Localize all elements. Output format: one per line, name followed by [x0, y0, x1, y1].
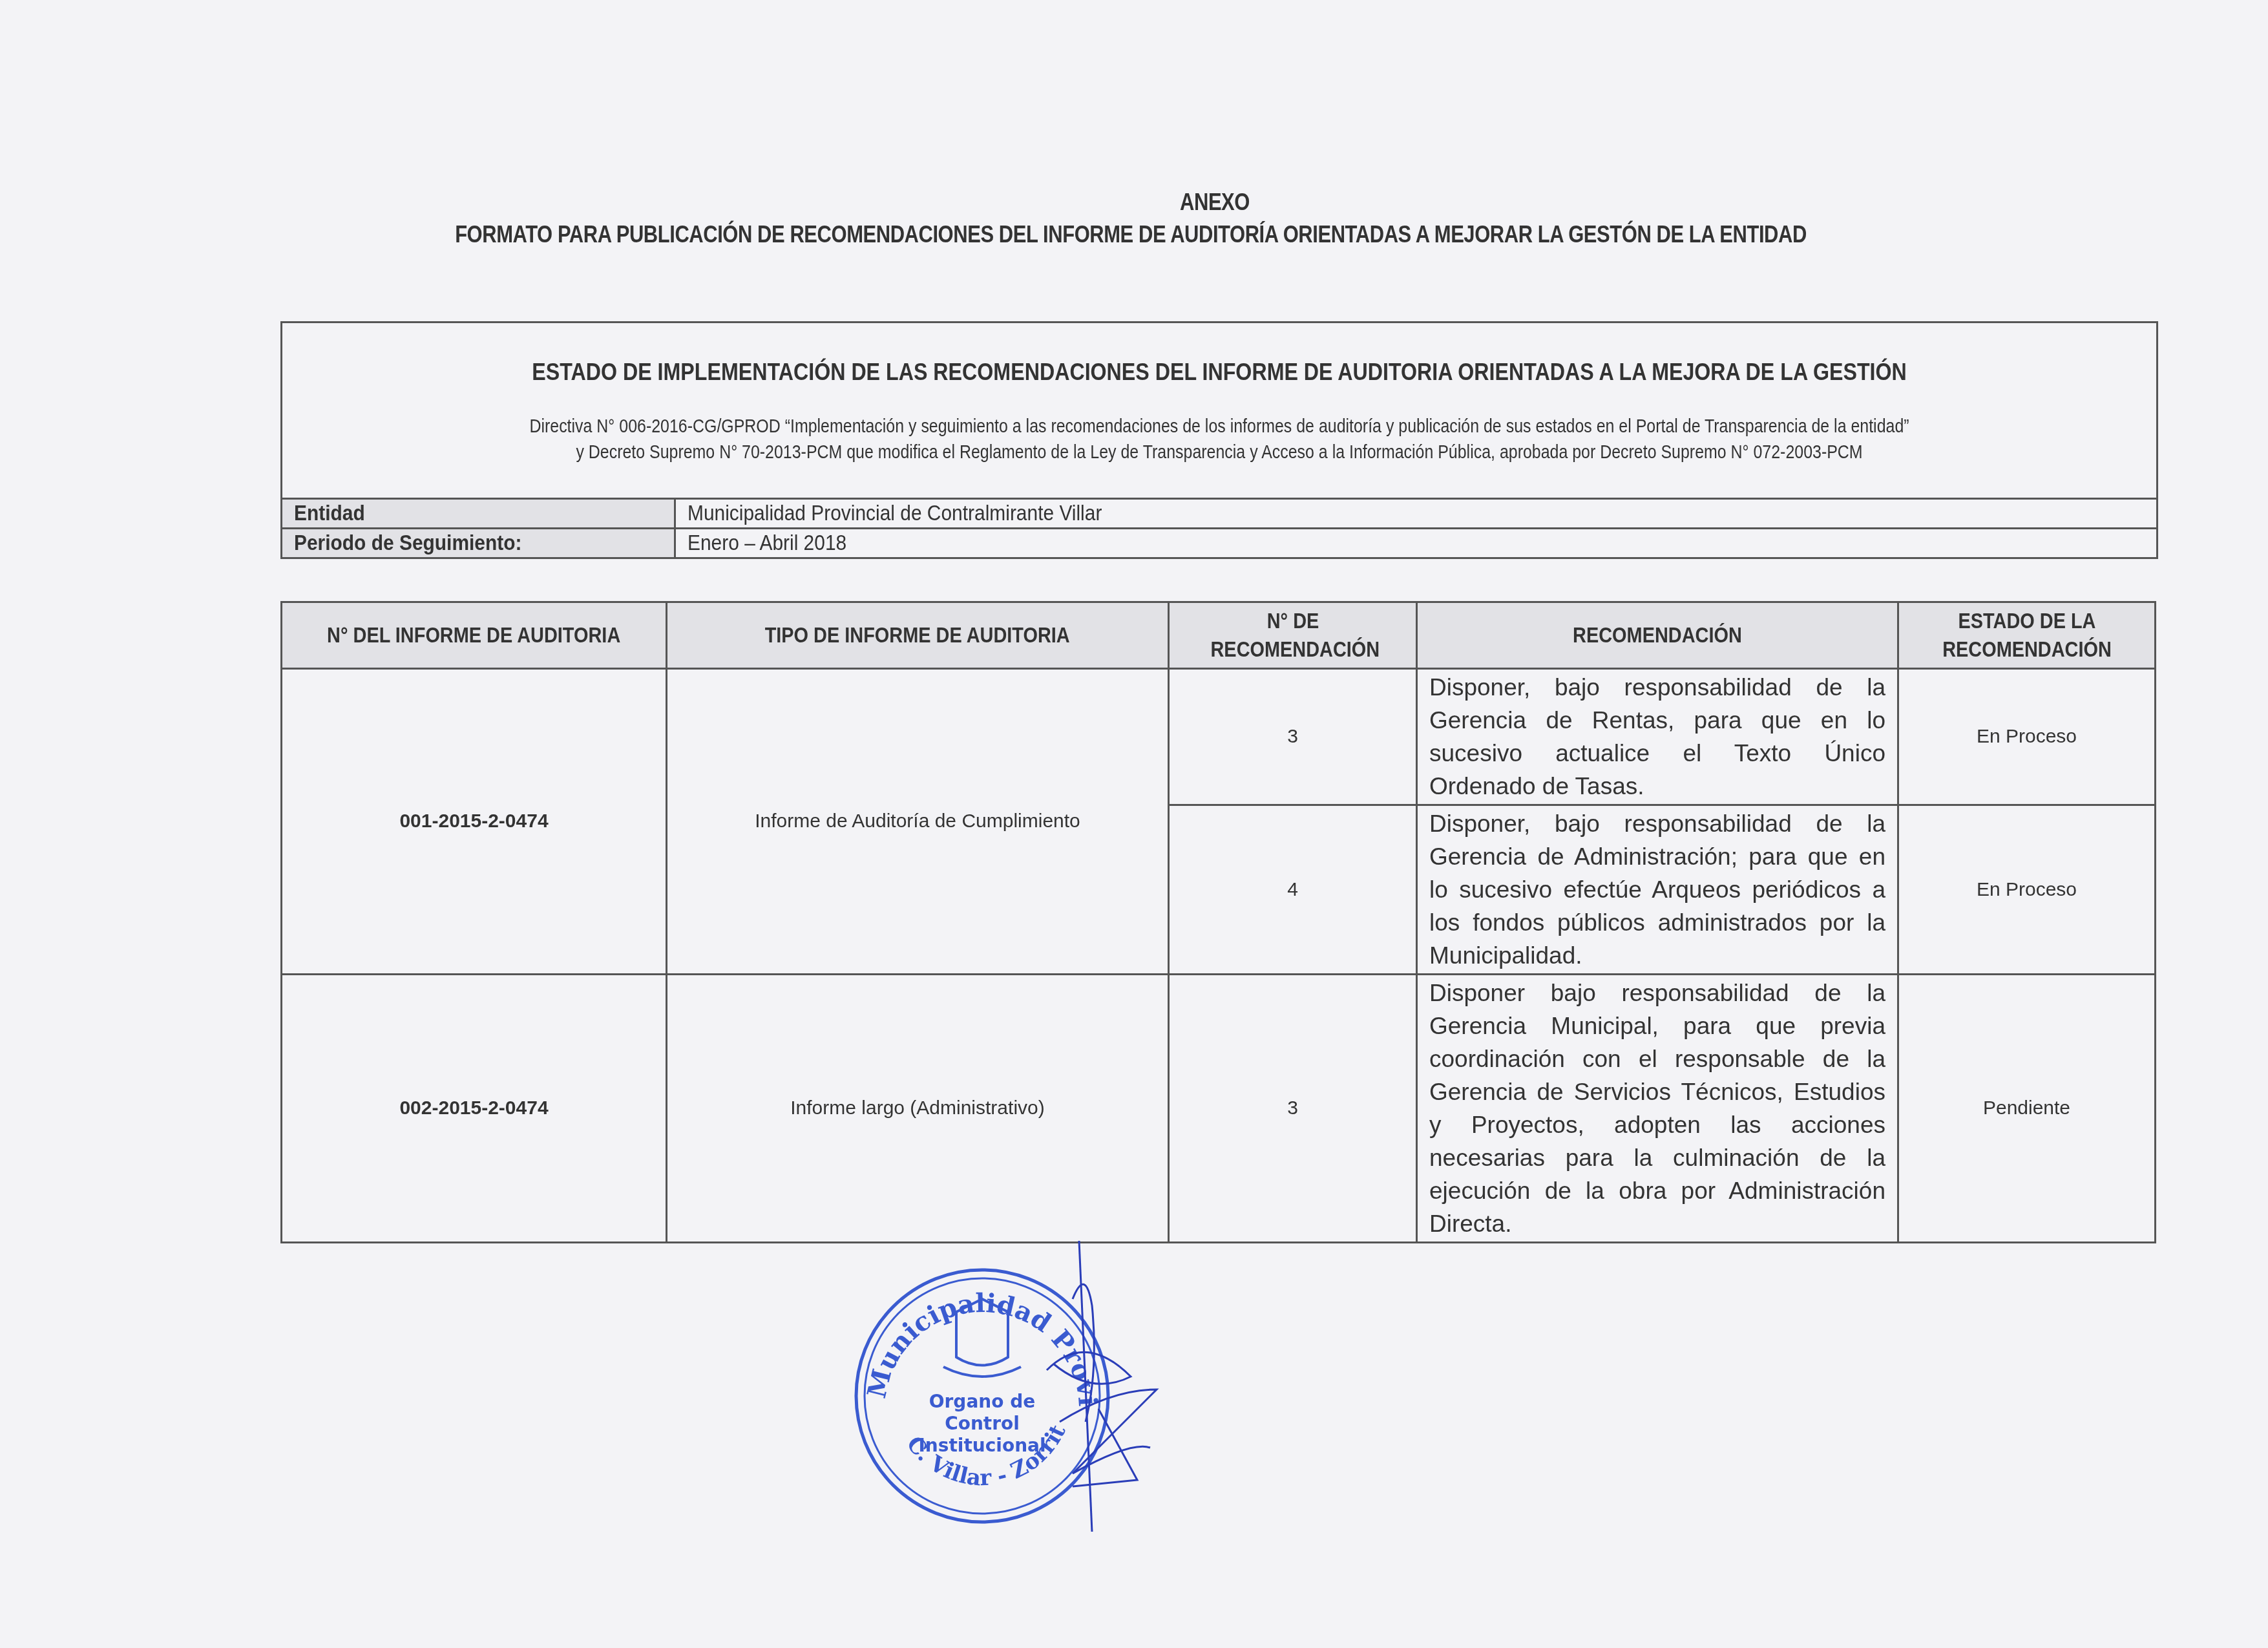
legal-reference: Directiva N° 006-2016-CG/GPROD “Implemen…	[414, 414, 2025, 465]
report-number-cell: 001-2015-2-0474	[282, 669, 667, 975]
document-title: FORMATO PARA PUBLICACIÓN DE RECOMENDACIO…	[269, 221, 1992, 248]
col-header-report-number: N° DEL INFORME DE AUDITORIA	[282, 602, 667, 669]
recommendations-table: N° DEL INFORME DE AUDITORIA TIPO DE INFO…	[280, 601, 2156, 1243]
period-value: Enero – Abril 2018	[675, 529, 2158, 558]
entity-value: Municipalidad Provincial de Contralmiran…	[675, 499, 2158, 529]
col-header-status: ESTADO DE LA RECOMENDACIÓN	[1898, 602, 2156, 669]
status-header-box: ESTADO DE IMPLEMENTACIÓN DE LAS RECOMEND…	[280, 321, 2158, 500]
entity-row: Entidad Municipalidad Provincial de Cont…	[282, 499, 2158, 529]
col-header-recommendation: RECOMENDACIÓN	[1417, 602, 1898, 669]
report-type-cell: Informe de Auditoría de Cumplimiento	[667, 669, 1169, 975]
col-header-report-type: TIPO DE INFORME DE AUDITORIA	[667, 602, 1169, 669]
recommendation-number-cell: 3	[1169, 669, 1417, 805]
status-cell: Pendiente	[1898, 975, 2156, 1243]
signature-icon	[1034, 1228, 1163, 1551]
entity-label: Entidad	[282, 499, 675, 529]
report-number-cell: 002-2015-2-0474	[282, 975, 667, 1243]
entity-info-table: Entidad Municipalidad Provincial de Cont…	[280, 498, 2158, 559]
legal-reference-line-1: Directiva N° 006-2016-CG/GPROD “Implemen…	[414, 414, 2025, 439]
table-row: 002-2015-2-0474 Informe largo (Administr…	[282, 975, 2156, 1243]
status-section-title: ESTADO DE IMPLEMENTACIÓN DE LAS RECOMEND…	[404, 359, 2035, 386]
status-cell: En Proceso	[1898, 805, 2156, 975]
table-row: 001-2015-2-0474 Informe de Auditoría de …	[282, 669, 2156, 805]
col-header-recommendation-number: N° DE RECOMENDACIÓN	[1169, 602, 1417, 669]
recommendation-text-cell: Disponer, bajo responsabilidad de la Ger…	[1417, 669, 1898, 805]
annex-heading: ANEXO	[1170, 189, 1259, 216]
svg-text:Organo de: Organo de	[929, 1391, 1036, 1412]
period-label: Periodo de Seguimiento:	[282, 529, 675, 558]
report-type-cell: Informe largo (Administrativo)	[667, 975, 1169, 1243]
recommendation-number-cell: 4	[1169, 805, 1417, 975]
table-header-row: N° DEL INFORME DE AUDITORIA TIPO DE INFO…	[282, 602, 2156, 669]
svg-text:Control: Control	[945, 1413, 1020, 1434]
status-cell: En Proceso	[1898, 669, 2156, 805]
svg-text:Institucional: Institucional	[918, 1435, 1045, 1456]
period-row: Periodo de Seguimiento: Enero – Abril 20…	[282, 529, 2158, 558]
legal-reference-line-2: y Decreto Supremo N° 70-2013-PCM que mod…	[414, 439, 2025, 465]
recommendation-text-cell: Disponer, bajo responsabilidad de la Ger…	[1417, 805, 1898, 975]
recommendation-number-cell: 3	[1169, 975, 1417, 1243]
recommendation-text-cell: Disponer bajo responsabilidad de la Gere…	[1417, 975, 1898, 1243]
